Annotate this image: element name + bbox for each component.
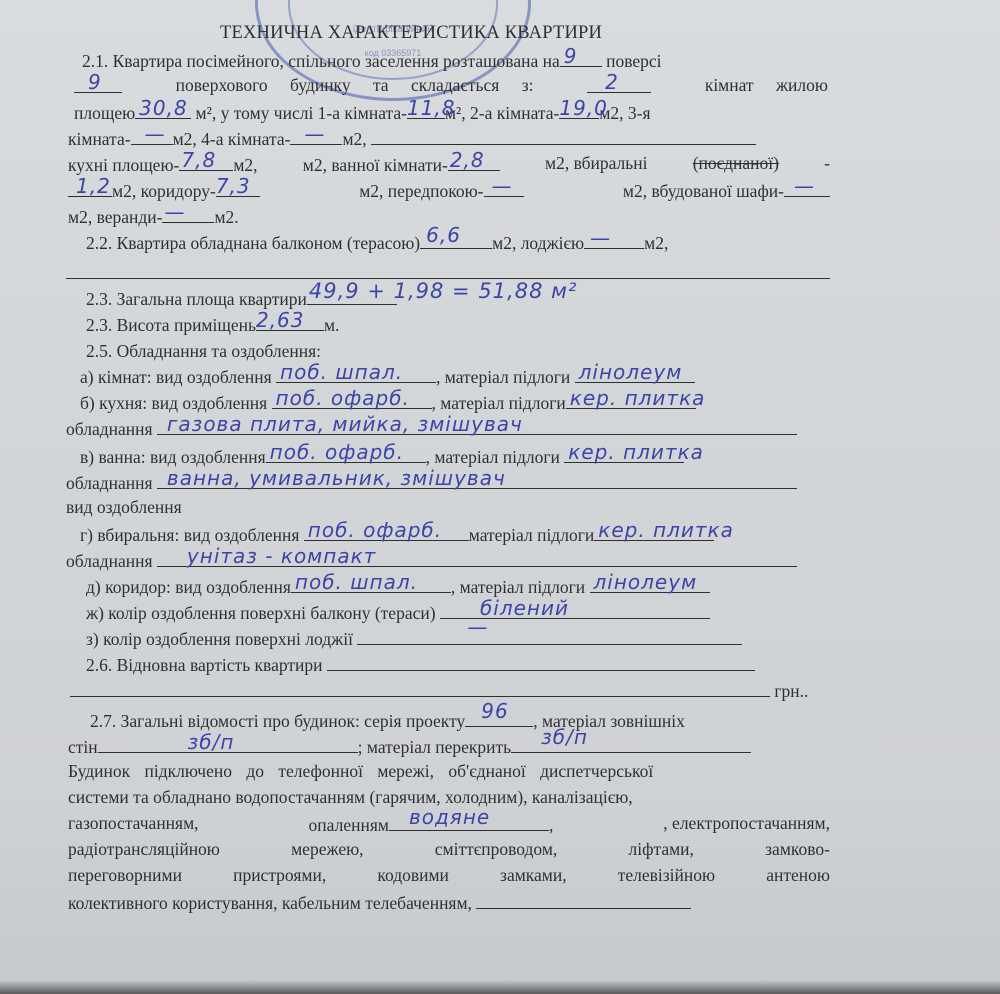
section-2-1-line-1: 2.1. Квартира посімейного, спільного зас…: [82, 48, 662, 72]
ceiling-height-field: 2,63: [256, 312, 324, 331]
section-2-7-para-1: Будинок підключено до телефонної мережі,…: [68, 760, 830, 782]
living-area-field: 30,8: [135, 100, 191, 119]
bath-finish-line: в) ванна: вид оздобленняпоб. офарб., мат…: [80, 444, 684, 468]
section-2-3-total-area: 2.3. Загальна площа квартири49,9 + 1,98 …: [86, 286, 397, 310]
closet-area-field: —: [784, 178, 830, 197]
section-2-7-line-2: стінзб/п; матеріал перекритьзб/п: [68, 734, 751, 758]
kitchen-area-field: 7,8: [179, 152, 233, 171]
kitchen-finish-field: поб. офарб.: [272, 390, 432, 409]
rooms-finish-line: а) кімнат: вид оздоблення поб. шпал., ма…: [80, 364, 695, 388]
floor-field: 9: [560, 48, 602, 67]
section-2-1-line-5: кухні площею-7,8м2, м2, ванної кімнати-2…: [68, 152, 830, 176]
section-2-3-height: 2.3. Висота приміщень2,63м.: [86, 312, 339, 336]
section-2-1-line-3: площею30,8 м², у тому числі 1-а кімната-…: [74, 100, 651, 124]
section-2-6-currency-line: грн..: [70, 678, 808, 702]
blank-line: [371, 126, 756, 145]
kitchen-equipment-field: газова плита, мийка, змішувач: [157, 416, 797, 435]
section-2-7-line-1: 2.7. Загальні відомості про будинок: сер…: [90, 708, 685, 732]
bathroom-area-field: 2,8: [448, 152, 500, 171]
cable-tv-field: [476, 890, 691, 909]
rooms-finish-field: поб. шпал.: [276, 364, 436, 383]
total-area-field: 49,9 + 1,98 = 51,88 м²: [307, 286, 397, 305]
heating-field: водяне: [389, 812, 549, 831]
corridor-finish-line: д) коридор: вид оздобленняпоб. шпал., ма…: [86, 574, 710, 598]
corridor-area-field: 7,3: [216, 178, 260, 197]
loggia-area-field: —: [584, 230, 644, 249]
kitchen-finish-line: б) кухня: вид оздоблення поб. офарб., ма…: [80, 390, 696, 414]
section-2-1-line-7: м2, веранди-—м2.: [68, 204, 239, 228]
corridor-floor-field: лінолеум: [590, 574, 710, 593]
balcony-area-field: 6,6: [420, 230, 492, 249]
room2-area-field: 19,0: [559, 100, 599, 119]
rooms-floor-field: лінолеум: [575, 364, 695, 383]
section-2-7-para-2: системи та обладнано водопостачанням (га…: [68, 786, 633, 808]
project-series-field: 96: [465, 708, 533, 727]
kitchen-equipment-line: обладнання газова плита, мийка, змішувач: [66, 416, 797, 440]
toilet-area-field: 1,2: [68, 178, 112, 197]
balcony-color-line: ж) колір оздоблення поверхні балкону (те…: [86, 600, 710, 624]
section-2-5-heading: 2.5. Обладнання та оздоблення:: [86, 340, 321, 362]
toilet-equipment-field: унітаз - компакт: [157, 548, 797, 567]
loggia-color-field: —: [357, 626, 742, 645]
hallway-area-field: —: [484, 178, 524, 197]
room1-area-field: 11,8: [407, 100, 445, 119]
restoration-value-field: [327, 652, 755, 671]
wall-material-field: зб/п: [98, 734, 358, 753]
document-title: ТЕХНИЧНА ХАРАКТЕРИСТИКА КВАРТИРИ: [220, 23, 602, 44]
section-2-1-line-6: 1,2м2, коридору-7,3 м2, передпокою-— м2,…: [68, 178, 830, 202]
bath-equipment-line: обладнання ванна, умивальник, змішувач: [66, 470, 797, 494]
floors-total-field: 9: [74, 74, 122, 93]
struck-combined-text: (поєднаної): [693, 152, 779, 176]
toilet-finish-line: г) вбиральня: вид оздоблення поб. офарб.…: [80, 522, 714, 546]
bath-finish-field: поб. офарб.: [266, 444, 426, 463]
corridor-finish-field: поб. шпал.: [291, 574, 451, 593]
toilet-equipment-line: обладнання унітаз - компакт: [66, 548, 797, 572]
page-edge-shadow: [0, 980, 1000, 994]
toilet-finish-field: поб. офарб.: [304, 522, 469, 541]
section-2-7-para-3: газопостачанням, опаленнямводяне, , елек…: [68, 812, 830, 836]
section-2-1-line-2: 9 поверхового будинку та складається з: …: [74, 74, 828, 96]
section-2-7-para-6: колективного користування, кабельним тел…: [68, 890, 691, 914]
section-2-2: 2.2. Квартира обладнана балконом (терасо…: [86, 230, 668, 254]
section-2-7-para-5: переговорними пристроями, кодовими замка…: [68, 864, 830, 886]
room3-area-field: —: [131, 126, 173, 145]
floor-material-field: зб/п: [511, 734, 751, 753]
loggia-color-line: з) колір оздоблення поверхні лоджії —: [86, 626, 742, 650]
kitchen-floor-field: кер. плитка: [566, 390, 696, 409]
rooms-count-field: 2: [587, 74, 651, 93]
document-page: ідентифікаційний код 03365971 ТЕХНИЧНА Х…: [0, 0, 1000, 994]
bath-extra-finish-label: вид оздоблення: [66, 496, 182, 518]
section-2-7-para-4: радіотрансляційною мережею, сміттєпровод…: [68, 838, 830, 860]
room4-area-field: —: [290, 126, 342, 145]
bath-floor-field: кер. плитка: [564, 444, 684, 463]
bath-equipment-field: ванна, умивальник, змішувач: [157, 470, 797, 489]
toilet-floor-field: кер. плитка: [594, 522, 714, 541]
veranda-area-field: —: [162, 204, 214, 223]
restoration-value-field-2: [70, 678, 770, 697]
section-2-1-line-4: кімната-—м2, 4-а кімната-—м2,: [68, 126, 756, 150]
section-2-6: 2.6. Відновна вартість квартири: [86, 652, 755, 676]
